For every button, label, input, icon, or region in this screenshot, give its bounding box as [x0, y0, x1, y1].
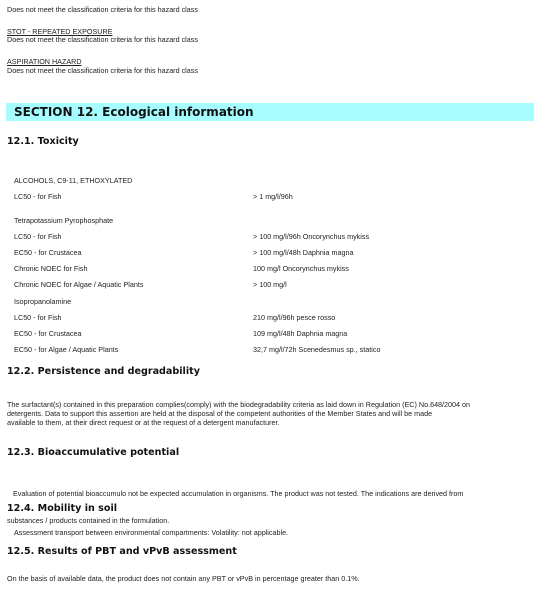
toxicity-endpoint-value: > 100 mg/l/48h Daphnia magna: [253, 248, 354, 257]
persistence-text: The surfactant(s) contained in this prep…: [7, 400, 532, 427]
pbt-text: On the basis of available data, the prod…: [7, 574, 360, 583]
bioaccumulative-line: substances / products contained in the f…: [7, 516, 532, 525]
section-banner: SECTION 12. Ecological information: [6, 103, 534, 121]
hazard-class-note: Does not meet the classification criteri…: [7, 5, 198, 14]
substance-name: ALCOHOLS, C9-11, ETHOXYLATED: [14, 176, 132, 185]
bioaccumulative-heading: 12.3. Bioaccumulative potential: [7, 447, 179, 458]
toxicity-endpoint-label: EC50 - for Crustacea: [14, 329, 82, 338]
toxicity-endpoint-value: 210 mg/l/96h pesce rosso: [253, 313, 335, 322]
toxicity-endpoint-value: 100 mg/l Oncorynchus mykiss: [253, 264, 349, 273]
toxicity-endpoint-value: > 1 mg/l/96h: [253, 192, 293, 201]
toxicity-endpoint-label: Chronic NOEC for Algae / Aquatic Plants: [14, 280, 143, 289]
toxicity-endpoint-value: 32,7 mg/l/72h Scenedesmus sp., statico: [253, 345, 380, 354]
persistence-line: available to them, at their direct reque…: [7, 418, 532, 427]
aspiration-hazard-text: Does not meet the classification criteri…: [7, 66, 198, 75]
mobility-heading: 12.4. Mobility in soil: [7, 503, 117, 514]
persistence-heading: 12.2. Persistence and degradability: [7, 366, 200, 377]
toxicity-endpoint-value: > 100 mg/l: [253, 280, 287, 289]
toxicity-heading: 12.1. Toxicity: [7, 136, 79, 147]
aspiration-hazard-heading: ASPIRATION HAZARD: [7, 57, 82, 66]
toxicity-endpoint-label: EC50 - for Algae / Aquatic Plants: [14, 345, 118, 354]
mobility-text: Assessment transport between environment…: [14, 528, 288, 537]
persistence-line: detergents. Data to support this asserti…: [7, 409, 532, 418]
pbt-heading: 12.5. Results of PBT and vPvB assessment: [7, 546, 237, 557]
substance-name: Tetrapotassium Pyrophosphate: [14, 216, 113, 225]
bioaccumulative-line: Evaluation of potential bioaccumulo not …: [7, 489, 532, 498]
toxicity-endpoint-label: LC50 - for Fish: [14, 192, 62, 201]
toxicity-endpoint-label: LC50 - for Fish: [14, 313, 62, 322]
persistence-line: The surfactant(s) contained in this prep…: [7, 400, 532, 409]
toxicity-endpoint-label: Chronic NOEC for Fish: [14, 264, 88, 273]
toxicity-endpoint-label: LC50 - for Fish: [14, 232, 62, 241]
stot-repeated-text: Does not meet the classification criteri…: [7, 35, 198, 44]
substance-name: Isopropanolamine: [14, 297, 71, 306]
toxicity-endpoint-value: 109 mg/l/48h Daphnia magna: [253, 329, 347, 338]
toxicity-endpoint-value: > 100 mg/l/96h Oncorynchus mykiss: [253, 232, 369, 241]
section-title: SECTION 12. Ecological information: [14, 105, 254, 119]
toxicity-endpoint-label: EC50 - for Crustacea: [14, 248, 82, 257]
